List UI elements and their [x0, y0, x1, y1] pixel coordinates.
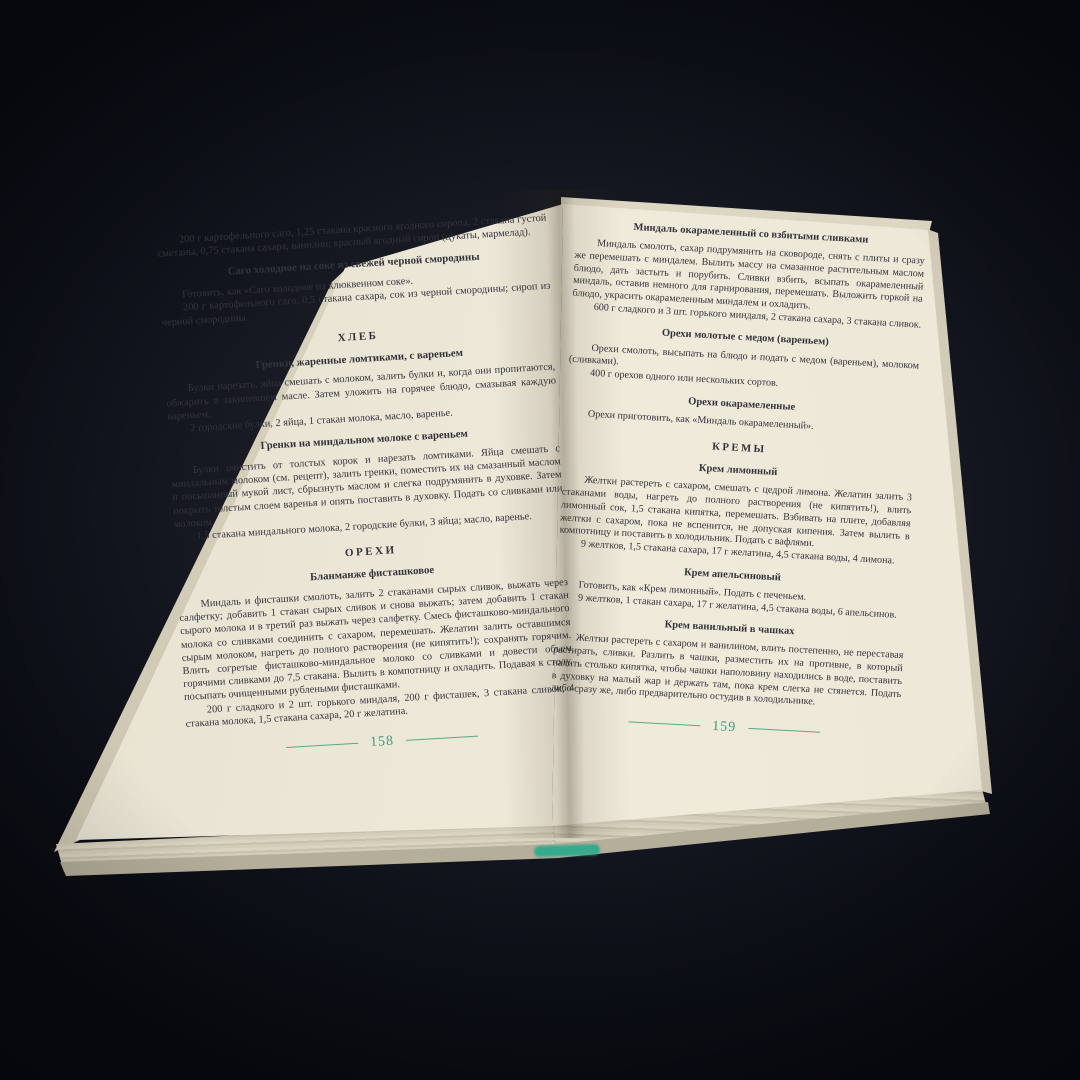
page-number-rule	[406, 736, 478, 741]
page-number-rule	[628, 722, 700, 727]
left-page-content: 200 г картофельного саго, 1,25 стакана к…	[157, 212, 578, 763]
page-number-right: 159	[712, 718, 737, 737]
page-number-left: 158	[370, 733, 395, 752]
left-page-text-flow: 200 г картофельного саго, 1,25 стакана к…	[157, 212, 576, 731]
body-paragraph: Желтки растереть с сахаром и ванилином, …	[551, 632, 904, 714]
photo-of-open-cookbook: 200 г картофельного саго, 1,25 стакана к…	[0, 0, 1080, 1080]
right-page-content: Миндаль окарамеленный со взбитыми сливка…	[549, 209, 927, 746]
right-page-text-flow: Миндаль окарамеленный со взбитыми сливка…	[551, 218, 926, 714]
page-number-rule	[286, 743, 358, 748]
bookmark-mark	[534, 844, 600, 857]
page-number-rule	[748, 728, 820, 733]
